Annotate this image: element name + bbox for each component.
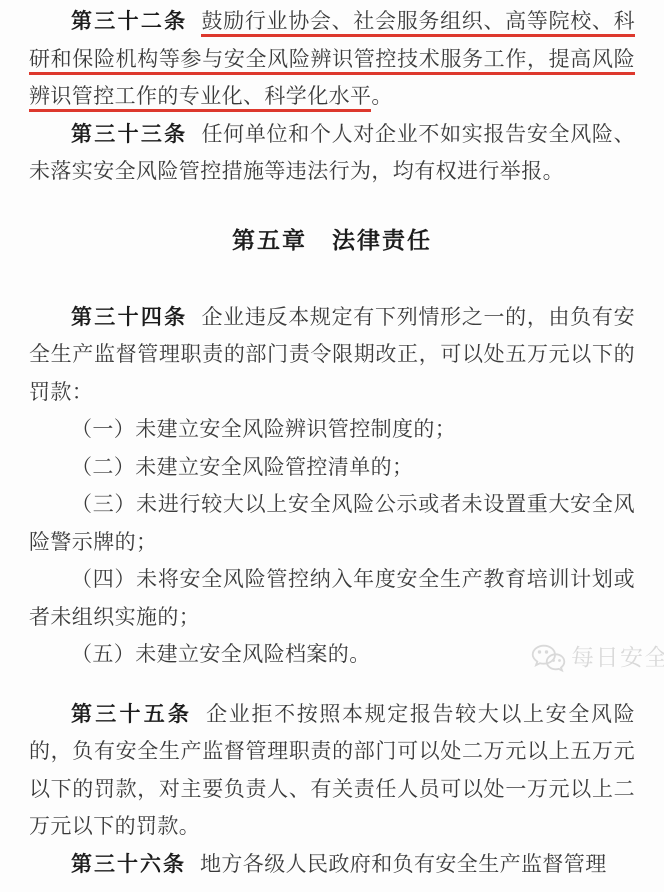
article-32-number: 第三十二条 <box>71 10 187 33</box>
article-33-number: 第三十三条 <box>71 123 187 146</box>
article-36-paragraph: 第三十六条地方各级人民政府和负有安全生产监督管理 <box>29 846 635 884</box>
article-34-number: 第三十四条 <box>71 306 187 329</box>
article-34-paragraph: 第三十四条企业违反本规定有下列情形之一的，由负有安全生产监督管理职责的部门责令限… <box>29 299 635 412</box>
article-35-paragraph: 第三十五条企业拒不按照本规定报告较大以上安全风险的，负有安全生产监督管理职责的部… <box>29 696 635 846</box>
article-36-number: 第三十六条 <box>71 853 186 876</box>
article-32-paragraph: 第三十二条鼓励行业协会、社会服务组织、高等院校、科研和保险机构等参与安全风险辨识… <box>29 3 635 116</box>
article-32-tail: 。 <box>371 84 392 108</box>
article-34-item-4: （四）未将安全风险管控纳入年度安全生产教育培训计划或者未组织实施的； <box>29 561 635 636</box>
article-36-body: 地方各级人民政府和负有安全生产监督管理 <box>200 852 607 876</box>
article-34-item-1: （一）未建立安全风险辨识管控制度的； <box>29 411 635 449</box>
article-34-item-3: （三）未进行较大以上安全风险公示或者未设置重大安全风险警示牌的； <box>29 486 635 561</box>
article-34-item-5: （五）未建立安全风险档案的。 <box>29 636 635 674</box>
chapter-5-heading: 第五章 法律责任 <box>29 223 635 257</box>
article-34-item-2: （二）未建立安全风险管控清单的； <box>29 449 635 487</box>
article-35-number: 第三十五条 <box>71 703 192 726</box>
article-33-paragraph: 第三十三条任何单位和个人对企业不如实报告安全风险、未落实安全风险管控措施等违法行… <box>29 116 635 191</box>
document-page: 第三十二条鼓励行业协会、社会服务组织、高等院校、科研和保险机构等参与安全风险辨识… <box>0 0 664 892</box>
